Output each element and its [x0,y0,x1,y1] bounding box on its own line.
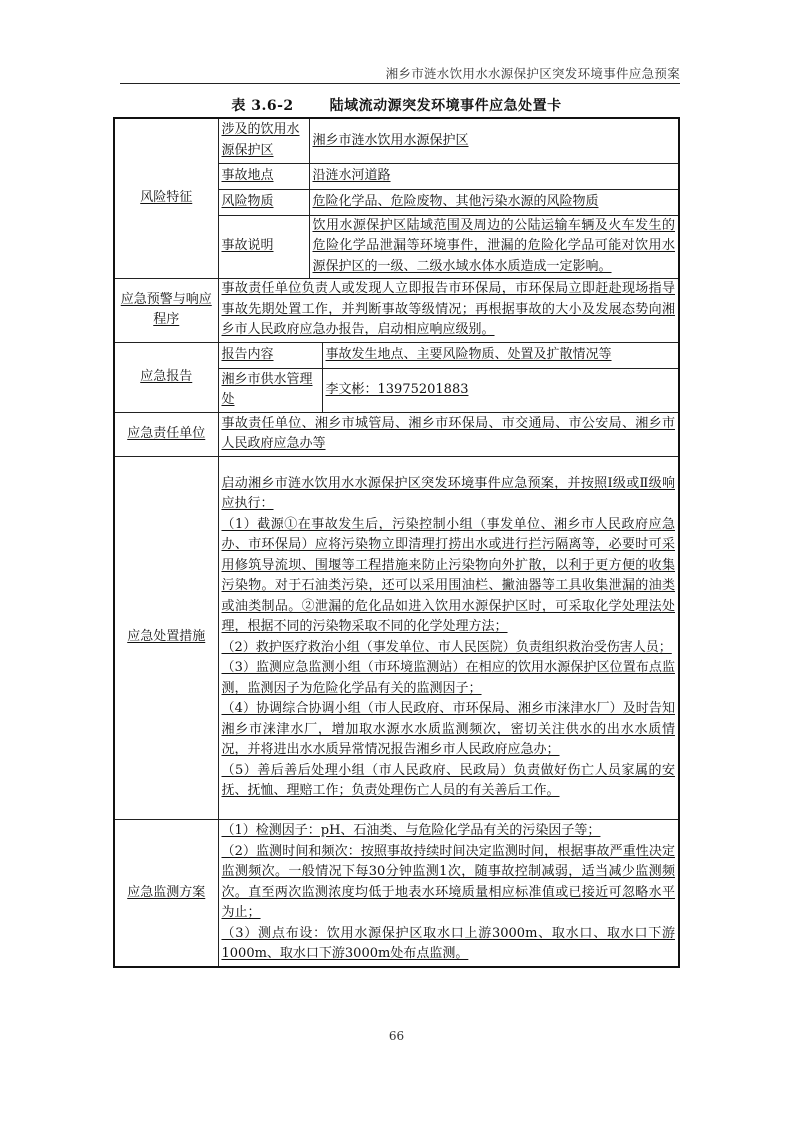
table-row: 应急监测方案 （1）检测因子：pH、石油类、与危险化学品有关的污染因子等； （2… [114,819,679,967]
row-key: 湘乡市供水管理处 [218,368,322,412]
emergency-response-card-table: 风险特征 涉及的饮用水源保护区 湘乡市涟水饮用水源保护区 事故地点 沿涟水河道路… [113,117,680,968]
contact-text: 李文彬：13975201883 [326,382,469,397]
table-row: 应急处置措施 启动湘乡市涟水饮用水水源保护区突发环境事件应急预案，并按照Ⅰ级或Ⅱ… [114,456,679,819]
paragraph: （1）截源①在事故发生后，污染控制小组（事发单位、湘乡市人民政府应急办、市环保局… [222,515,676,638]
key-text: 事故说明 [222,238,274,253]
row-value: 李文彬：13975201883 [322,368,679,412]
key-text: 涉及的饮用水源保护区 [222,122,300,158]
warning-section-label: 应急预警与响应程序 [114,278,218,342]
paragraph: （2）救护医疗救治小组（事发单位、市人民医院）负责组织救治受伤害人员； [222,638,676,659]
paragraph: （3）测点布设：饮用水源保护区取水口上游3000m、取水口、取水口下游1000m… [222,924,676,965]
key-text: 报告内容 [222,347,274,362]
risk-section-label: 风险特征 [114,118,218,278]
label-text: 应急处置措施 [127,629,205,644]
value-text: 事故发生地点、主要风险物质、处置及扩散情况等 [326,347,612,362]
row-value: 事故责任单位、湘乡市城管局、湘乡市环保局、市交通局、市公安局、湘乡市人民政府应急… [218,412,679,456]
row-value: 事故发生地点、主要风险物质、处置及扩散情况等 [322,342,679,368]
value-text: 事故责任单位、湘乡市城管局、湘乡市环保局、市交通局、市公安局、湘乡市人民政府应急… [222,416,676,452]
paragraph: （2）监测时间和频次：按照事故持续时间决定监测时间，根据事故严重性决定监测频次。… [222,842,676,924]
paragraph: 启动湘乡市涟水饮用水水源保护区突发环境事件应急预案，并按照Ⅰ级或Ⅱ级响应执行： [222,474,676,515]
row-value: 沿涟水河道路 [309,163,679,189]
label-text: 应急报告 [140,369,192,384]
measures-section-label: 应急处置措施 [114,456,218,819]
paragraph: （3）监测应急监测小组（市环境监测站）在相应的饮用水源保护区位置布点监测，监测因… [222,658,676,699]
label-text: 风险特征 [140,190,192,205]
header-rule [120,83,680,84]
page-number: 66 [0,1029,793,1043]
row-value: 饮用水源保护区陆域范围及周边的公陆运输车辆及火车发生的危险化学品泄漏等环境事件，… [309,215,679,278]
table-row: 应急责任单位 事故责任单位、湘乡市城管局、湘乡市环保局、市交通局、市公安局、湘乡… [114,412,679,456]
key-text: 湘乡市供水管理处 [222,372,313,408]
paragraph: （4）协调综合协调小组（市人民政府、市环保局、湘乡市涞津水厂）及时告知湘乡市涞津… [222,699,676,761]
paragraph: （5）善后善后处理小组（市人民政府、民政局）负责做好伤亡人员家属的安抚、抚恤、理… [222,761,676,802]
value-text: 湘乡市涟水饮用水源保护区 [313,133,469,148]
paragraph: （1）检测因子：pH、石油类、与危险化学品有关的污染因子等； [222,821,676,842]
row-value: 湘乡市涟水饮用水源保护区 [309,118,679,163]
key-text: 风险物质 [222,194,274,209]
row-key: 报告内容 [218,342,322,368]
caption-title: 陆域流动源突发环境事件应急处置卡 [330,98,562,114]
row-value: 危险化学品、危险废物、其他污染水源的风险物质 [309,189,679,215]
row-value: 事故责任单位负责人或发现人立即报告市环保局，市环保局立即赶赴现场指导事故先期处置… [218,278,679,342]
caption-number: 表 3.6-2 [231,98,293,114]
row-key: 事故说明 [218,215,309,278]
value-text: 沿涟水河道路 [313,168,391,183]
value-text: 危险化学品、危险废物、其他污染水源的风险物质 [313,194,599,209]
value-text: 饮用水源保护区陆域范围及周边的公陆运输车辆及火车发生的危险化学品泄漏等环境事件，… [313,218,676,274]
table-row: 风险特征 涉及的饮用水源保护区 湘乡市涟水饮用水源保护区 [114,118,679,163]
row-key: 风险物质 [218,189,309,215]
label-text: 应急责任单位 [127,426,205,441]
responsible-section-label: 应急责任单位 [114,412,218,456]
monitoring-section-label: 应急监测方案 [114,819,218,967]
report-section-label: 应急报告 [114,342,218,412]
label-text: 应急监测方案 [127,885,205,900]
row-key: 涉及的饮用水源保护区 [218,118,309,163]
table-row: 应急报告 报告内容 事故发生地点、主要风险物质、处置及扩散情况等 [114,342,679,368]
running-header: 湘乡市涟水饮用水水源保护区突发环境事件应急预案 [120,64,680,82]
key-text: 事故地点 [222,168,274,183]
measures-content: 启动湘乡市涟水饮用水水源保护区突发环境事件应急预案，并按照Ⅰ级或Ⅱ级响应执行： … [218,456,679,819]
value-text: 事故责任单位负责人或发现人立即报告市环保局，市环保局立即赶赴现场指导事故先期处置… [222,281,676,337]
monitoring-content: （1）检测因子：pH、石油类、与危险化学品有关的污染因子等； （2）监测时间和频… [218,819,679,967]
row-key: 事故地点 [218,163,309,189]
label-text: 应急预警与响应程序 [121,292,212,328]
table-caption: 表 3.6-2陆域流动源突发环境事件应急处置卡 [113,95,680,115]
table-row: 应急预警与响应程序 事故责任单位负责人或发现人立即报告市环保局，市环保局立即赶赴… [114,278,679,342]
